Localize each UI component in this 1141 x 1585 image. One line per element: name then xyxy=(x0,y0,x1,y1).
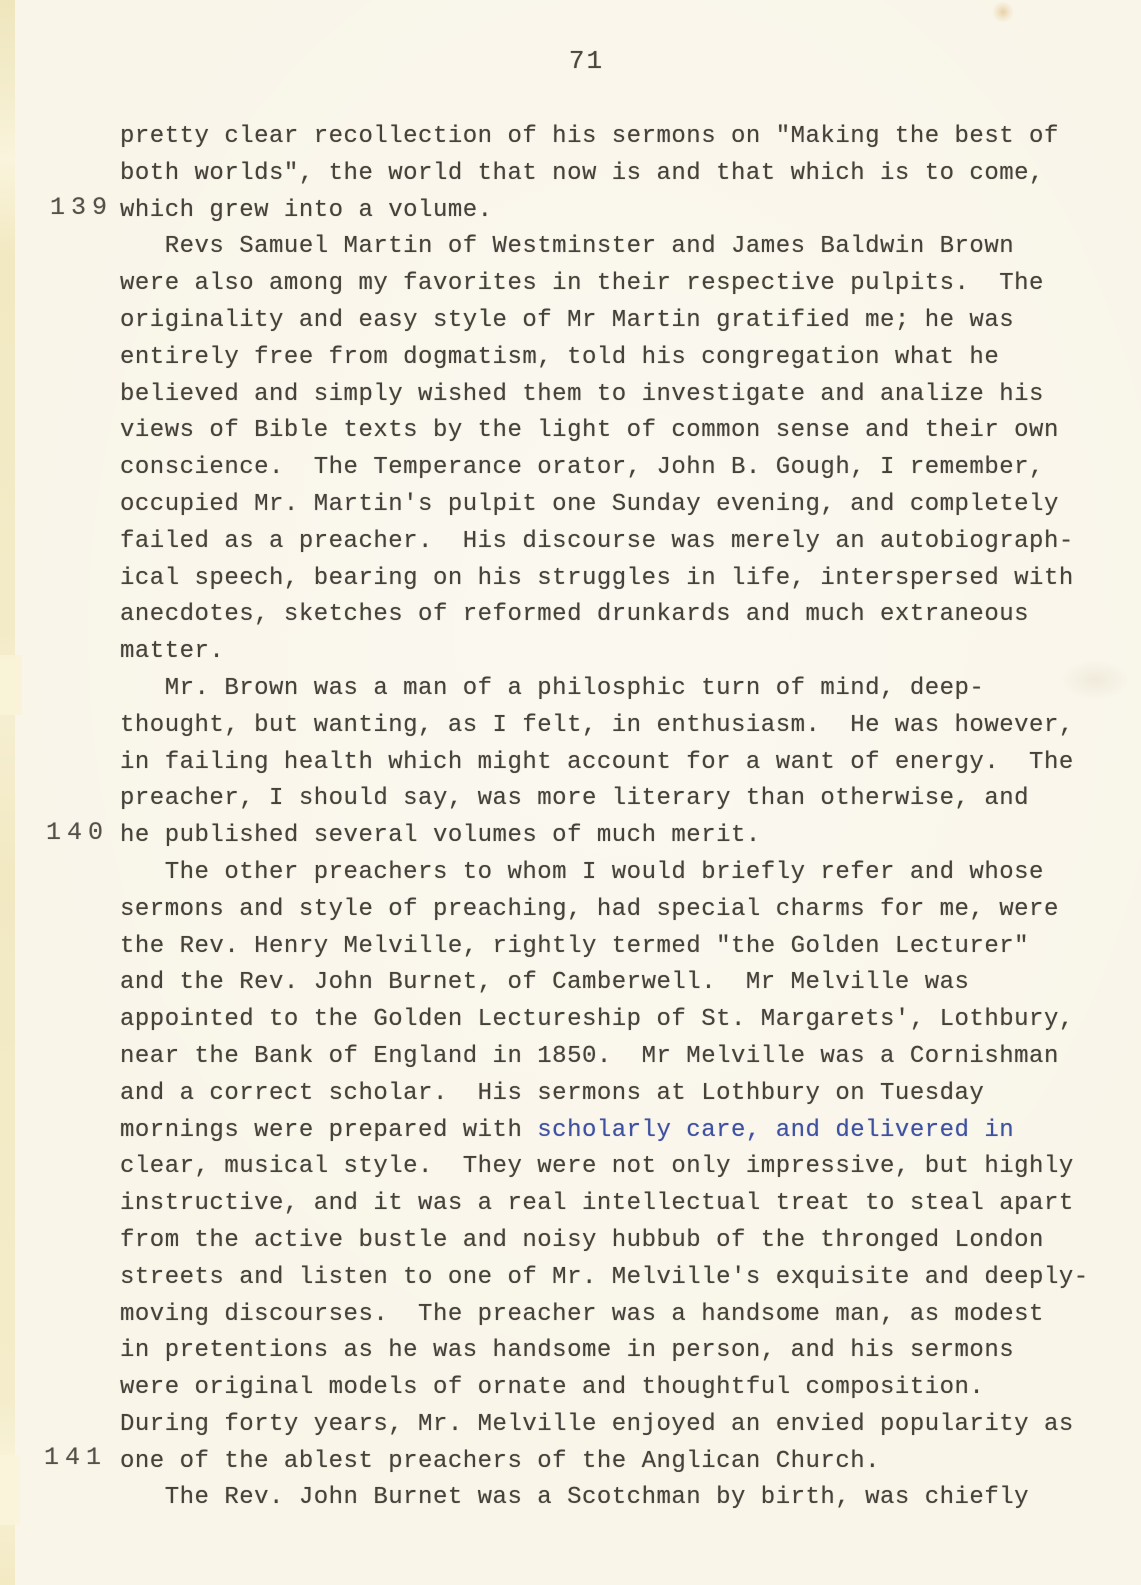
text-segment: preacher, I should say, was more literar… xyxy=(120,785,1029,812)
text-line: conscience. The Temperance orator, John … xyxy=(120,450,1100,487)
text-segment: Revs Samuel Martin of Westminster and Ja… xyxy=(120,233,1014,260)
typewritten-text: pretty clear recollection of his sermons… xyxy=(120,119,1100,1517)
text-segment: moving discourses. The preacher was a ha… xyxy=(120,1301,1044,1328)
text-line: clear, musical style. They were not only… xyxy=(120,1149,1100,1186)
text-line: and the Rev. John Burnet, of Camberwell.… xyxy=(120,965,1100,1002)
text-line: During forty years, Mr. Melville enjoyed… xyxy=(120,1407,1100,1444)
text-line: mornings were prepared with scholarly ca… xyxy=(120,1113,1100,1150)
text-segment: which grew into a volume. xyxy=(120,197,493,224)
text-segment: one of the ablest preachers of the Angli… xyxy=(120,1448,880,1475)
text-line: pretty clear recollection of his sermons… xyxy=(120,119,1100,156)
text-segment: originality and easy style of Mr Martin … xyxy=(120,307,1014,334)
scan-edge-patch xyxy=(0,655,22,715)
text-segment: failed as a preacher. His discourse was … xyxy=(120,528,1074,555)
text-line: and a correct scholar. His sermons at Lo… xyxy=(120,1076,1100,1113)
text-segment: clear, musical style. They were not only… xyxy=(120,1153,1074,1180)
text-segment: mornings were prepared with xyxy=(120,1117,537,1144)
text-segment: from the active bustle and noisy hubbub … xyxy=(120,1227,1044,1254)
margin-number-139: 139 xyxy=(50,193,113,222)
text-line: were also among my favorites in their re… xyxy=(120,266,1100,303)
page-number: 71 xyxy=(0,46,1141,76)
text-segment: entirely free from dogmatism, told his c… xyxy=(120,344,999,371)
text-segment: During forty years, Mr. Melville enjoyed… xyxy=(120,1411,1074,1438)
text-line: one of the ablest preachers of the Angli… xyxy=(120,1444,1100,1481)
text-line: instructive, and it was a real intellect… xyxy=(120,1186,1100,1223)
text-line: he published several volumes of much mer… xyxy=(120,818,1100,855)
text-line: thought, but wanting, as I felt, in enth… xyxy=(120,708,1100,745)
text-segment: appointed to the Golden Lectureship of S… xyxy=(120,1006,1074,1033)
text-segment: conscience. The Temperance orator, John … xyxy=(120,454,1044,481)
text-segment: were also among my favorites in their re… xyxy=(120,270,1044,297)
text-segment: believed and simply wished them to inves… xyxy=(120,381,1044,408)
text-segment: ical speech, bearing on his struggles in… xyxy=(120,565,1074,592)
text-line: entirely free from dogmatism, told his c… xyxy=(120,340,1100,377)
text-line: ical speech, bearing on his struggles in… xyxy=(120,561,1100,598)
text-segment: he published several volumes of much mer… xyxy=(120,822,761,849)
text-segment: both worlds", the world that now is and … xyxy=(120,160,1044,187)
text-segment: The Rev. John Burnet was a Scotchman by … xyxy=(120,1484,1029,1511)
scan-edge-strip xyxy=(0,0,15,1585)
text-line: Mr. Brown was a man of a philosphic turn… xyxy=(120,671,1100,708)
text-line: sermons and style of preaching, had spec… xyxy=(120,892,1100,929)
text-line: the Rev. Henry Melville, rightly termed … xyxy=(120,929,1100,966)
text-segment: thought, but wanting, as I felt, in enth… xyxy=(120,712,1074,739)
text-line: in pretentions as he was handsome in per… xyxy=(120,1333,1100,1370)
text-line: preacher, I should say, was more literar… xyxy=(120,781,1100,818)
text-line: from the active bustle and noisy hubbub … xyxy=(120,1223,1100,1260)
text-line: moving discourses. The preacher was a ha… xyxy=(120,1297,1100,1334)
text-segment: pretty clear recollection of his sermons… xyxy=(120,123,1059,150)
text-line: occupied Mr. Martin's pulpit one Sunday … xyxy=(120,487,1100,524)
text-segment: in failing health which might account fo… xyxy=(120,749,1074,776)
text-segment: streets and listen to one of Mr. Melvill… xyxy=(120,1264,1089,1291)
text-segment: the Rev. Henry Melville, rightly termed … xyxy=(120,933,1029,960)
text-line: anecdotes, sketches of reformed drunkard… xyxy=(120,597,1100,634)
text-line: in failing health which might account fo… xyxy=(120,745,1100,782)
text-line: both worlds", the world that now is and … xyxy=(120,156,1100,193)
margin-number-141: 141 xyxy=(44,1443,107,1472)
text-line: near the Bank of England in 1850. Mr Mel… xyxy=(120,1039,1100,1076)
text-segment: occupied Mr. Martin's pulpit one Sunday … xyxy=(120,491,1059,518)
text-segment: Mr. Brown was a man of a philosphic turn… xyxy=(120,675,984,702)
text-segment: views of Bible texts by the light of com… xyxy=(120,417,1059,444)
text-line: originality and easy style of Mr Martin … xyxy=(120,303,1100,340)
text-segment: sermons and style of preaching, had spec… xyxy=(120,896,1059,923)
margin-number-140: 140 xyxy=(46,818,109,847)
text-segment: instructive, and it was a real intellect… xyxy=(120,1190,1074,1217)
blue-ink-text: scholarly care, and delivered in xyxy=(537,1117,1014,1144)
text-segment: near the Bank of England in 1850. Mr Mel… xyxy=(120,1043,1059,1070)
text-line: which grew into a volume. xyxy=(120,193,1100,230)
text-line: matter. xyxy=(120,634,1100,671)
document-page: 71 139 140 141 pretty clear recollection… xyxy=(0,0,1141,1585)
text-segment: The other preachers to whom I would brie… xyxy=(120,859,1044,886)
paper-stain xyxy=(992,2,1014,22)
text-line: views of Bible texts by the light of com… xyxy=(120,413,1100,450)
text-line: Revs Samuel Martin of Westminster and Ja… xyxy=(120,229,1100,266)
text-line: appointed to the Golden Lectureship of S… xyxy=(120,1002,1100,1039)
text-line: The other preachers to whom I would brie… xyxy=(120,855,1100,892)
text-segment: and a correct scholar. His sermons at Lo… xyxy=(120,1080,984,1107)
text-segment: matter. xyxy=(120,638,224,665)
scan-edge-patch xyxy=(0,1455,20,1525)
text-line: were original models of ornate and thoug… xyxy=(120,1370,1100,1407)
text-line: The Rev. John Burnet was a Scotchman by … xyxy=(120,1480,1100,1517)
text-line: believed and simply wished them to inves… xyxy=(120,377,1100,414)
text-line: streets and listen to one of Mr. Melvill… xyxy=(120,1260,1100,1297)
text-segment: in pretentions as he was handsome in per… xyxy=(120,1337,1014,1364)
text-line: failed as a preacher. His discourse was … xyxy=(120,524,1100,561)
text-segment: and the Rev. John Burnet, of Camberwell.… xyxy=(120,969,969,996)
text-segment: were original models of ornate and thoug… xyxy=(120,1374,984,1401)
text-segment: anecdotes, sketches of reformed drunkard… xyxy=(120,601,1029,628)
